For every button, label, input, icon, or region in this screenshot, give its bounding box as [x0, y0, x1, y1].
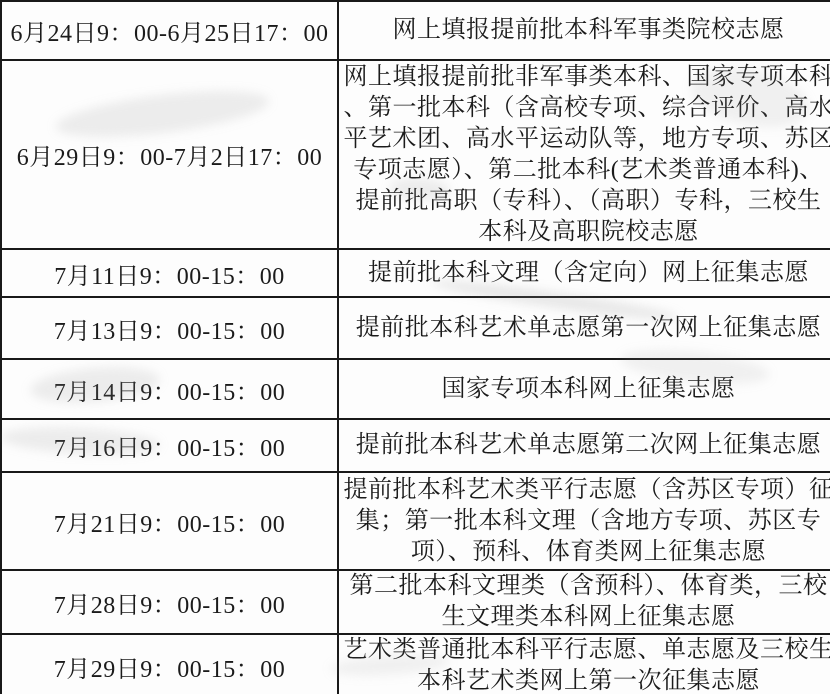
table-row: 6月24日9：00-6月25日17：00 网上填报提前批本科军事类院校志愿 [1, 1, 830, 60]
time-cell: 7月21日9：00-15：00 [1, 472, 338, 570]
table-row: 7月29日9：00-15：00 艺术类普通批本科平行志愿、单志愿及三校生 本科艺… [1, 634, 830, 694]
table-row: 7月16日9：00-15：00 提前批本科艺术单志愿第二次网上征集志愿 [1, 419, 830, 472]
time-cell: 6月24日9：00-6月25日17：00 [1, 1, 338, 60]
scanned-document-page: 6月24日9：00-6月25日17：00 网上填报提前批本科军事类院校志愿 6月… [0, 0, 830, 694]
description-cell: 第二批本科文理类（含预科）、体育类，三校 生文理类本科网上征集志愿 [338, 570, 830, 634]
description-cell: 网上填报提前批本科军事类院校志愿 [338, 1, 830, 60]
description-cell: 提前批本科艺术单志愿第一次网上征集志愿 [338, 297, 830, 359]
table-row: 7月14日9：00-15：00 国家专项本科网上征集志愿 [1, 359, 830, 419]
table-row: 7月13日9：00-15：00 提前批本科艺术单志愿第一次网上征集志愿 [1, 297, 830, 359]
table-row: 6月29日9：00-7月2日17：00 网上填报提前批非军事类本科、国家专项本科… [1, 60, 830, 249]
table-row: 7月11日9：00-15：00 提前批本科文理（含定向）网上征集志愿 [1, 249, 830, 297]
description-cell: 国家专项本科网上征集志愿 [338, 359, 830, 419]
time-cell: 7月14日9：00-15：00 [1, 359, 338, 419]
description-cell: 艺术类普通批本科平行志愿、单志愿及三校生 本科艺术类网上第一次征集志愿 [338, 634, 830, 694]
table-row: 7月28日9：00-15：00 第二批本科文理类（含预科）、体育类，三校 生文理… [1, 570, 830, 634]
description-cell: 网上填报提前批非军事类本科、国家专项本科 、第一批本科（含高校专项、综合评价、高… [338, 60, 830, 249]
time-cell: 7月11日9：00-15：00 [1, 249, 338, 297]
time-cell: 7月16日9：00-15：00 [1, 419, 338, 472]
time-cell: 6月29日9：00-7月2日17：00 [1, 60, 338, 249]
schedule-table: 6月24日9：00-6月25日17：00 网上填报提前批本科军事类院校志愿 6月… [0, 0, 830, 694]
time-cell: 7月28日9：00-15：00 [1, 570, 338, 634]
time-cell: 7月29日9：00-15：00 [1, 634, 338, 694]
description-cell: 提前批本科文理（含定向）网上征集志愿 [338, 249, 830, 297]
time-cell: 7月13日9：00-15：00 [1, 297, 338, 359]
schedule-table-body: 6月24日9：00-6月25日17：00 网上填报提前批本科军事类院校志愿 6月… [1, 1, 830, 694]
description-cell: 提前批本科艺术单志愿第二次网上征集志愿 [338, 419, 830, 472]
description-cell: 提前批本科艺术类平行志愿（含苏区专项）征 集；第一批本科文理（含地方专项、苏区专… [338, 472, 830, 570]
table-row: 7月21日9：00-15：00 提前批本科艺术类平行志愿（含苏区专项）征 集；第… [1, 472, 830, 570]
